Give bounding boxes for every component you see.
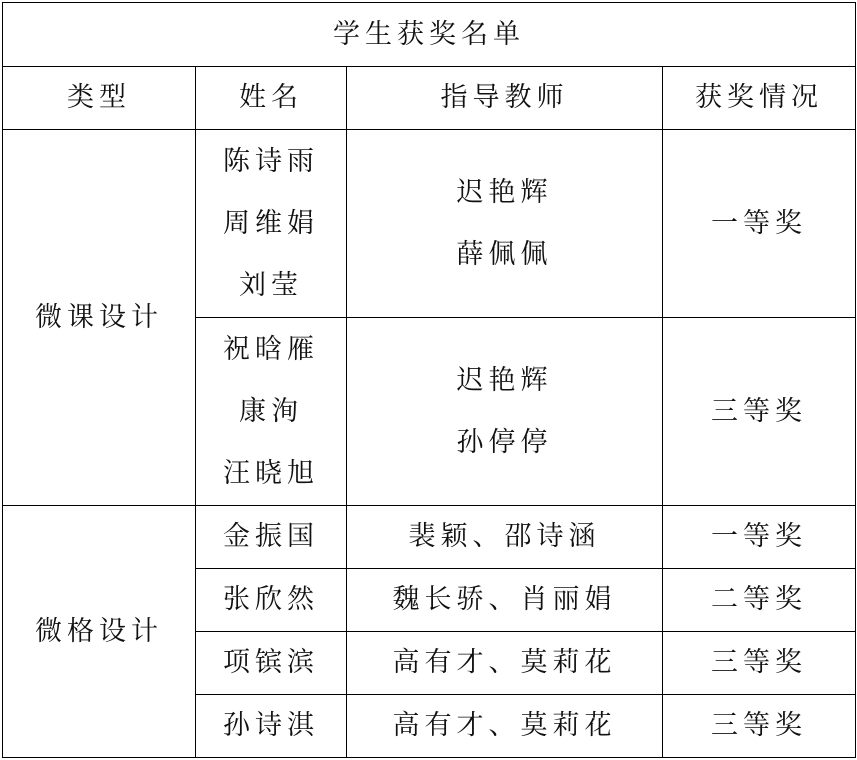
students-cell: 陈诗雨 周维娟 刘莹 bbox=[196, 130, 347, 318]
advisors-cell: 裴颖、邵诗涵 bbox=[347, 506, 663, 569]
table-row: 微格设计 金振国 裴颖、邵诗涵 一等奖 bbox=[3, 506, 856, 569]
student-name: 张欣然 bbox=[196, 569, 347, 632]
student-award-table: 学生获奖名单 类型 姓名 指导教师 获奖情况 微课设计 陈诗雨 周维娟 刘莹 迟… bbox=[2, 2, 856, 758]
award-cell: 一等奖 bbox=[663, 506, 856, 569]
award-cell: 三等奖 bbox=[663, 632, 856, 695]
advisors-cell: 迟艳辉 孙停停 bbox=[347, 318, 663, 506]
student-name: 金振国 bbox=[196, 506, 347, 569]
advisors-cell: 高有才、莫莉花 bbox=[347, 632, 663, 695]
advisors-cell: 迟艳辉 薛佩佩 bbox=[347, 130, 663, 318]
award-cell: 二等奖 bbox=[663, 569, 856, 632]
advisor-name: 迟艳辉 bbox=[347, 350, 662, 412]
student-name: 汪晓旭 bbox=[196, 443, 346, 505]
award-cell: 一等奖 bbox=[663, 130, 856, 318]
advisors-cell: 高有才、莫莉花 bbox=[347, 695, 663, 758]
header-advisor: 指导教师 bbox=[347, 67, 663, 130]
students-cell: 祝晗雁 康洵 汪晓旭 bbox=[196, 318, 347, 506]
header-name: 姓名 bbox=[196, 67, 347, 130]
title-row: 学生获奖名单 bbox=[3, 3, 856, 67]
advisor-name: 孙停停 bbox=[347, 412, 662, 474]
student-name: 刘莹 bbox=[196, 255, 346, 317]
student-name: 项镔滨 bbox=[196, 632, 347, 695]
table-title: 学生获奖名单 bbox=[3, 3, 856, 67]
award-cell: 三等奖 bbox=[663, 318, 856, 506]
student-name: 周维娟 bbox=[196, 193, 346, 255]
table-row: 微课设计 陈诗雨 周维娟 刘莹 迟艳辉 薛佩佩 一等奖 bbox=[3, 130, 856, 318]
header-row: 类型 姓名 指导教师 获奖情况 bbox=[3, 67, 856, 130]
student-name: 孙诗淇 bbox=[196, 695, 347, 758]
advisor-name: 迟艳辉 bbox=[347, 162, 662, 224]
advisor-name: 薛佩佩 bbox=[347, 224, 662, 286]
category-cell: 微格设计 bbox=[3, 506, 196, 758]
award-cell: 三等奖 bbox=[663, 695, 856, 758]
student-name: 陈诗雨 bbox=[196, 131, 346, 193]
student-name: 祝晗雁 bbox=[196, 319, 346, 381]
student-name: 康洵 bbox=[196, 381, 346, 443]
category-cell: 微课设计 bbox=[3, 130, 196, 506]
advisors-cell: 魏长骄、肖丽娟 bbox=[347, 569, 663, 632]
header-award: 获奖情况 bbox=[663, 67, 856, 130]
header-type: 类型 bbox=[3, 67, 196, 130]
